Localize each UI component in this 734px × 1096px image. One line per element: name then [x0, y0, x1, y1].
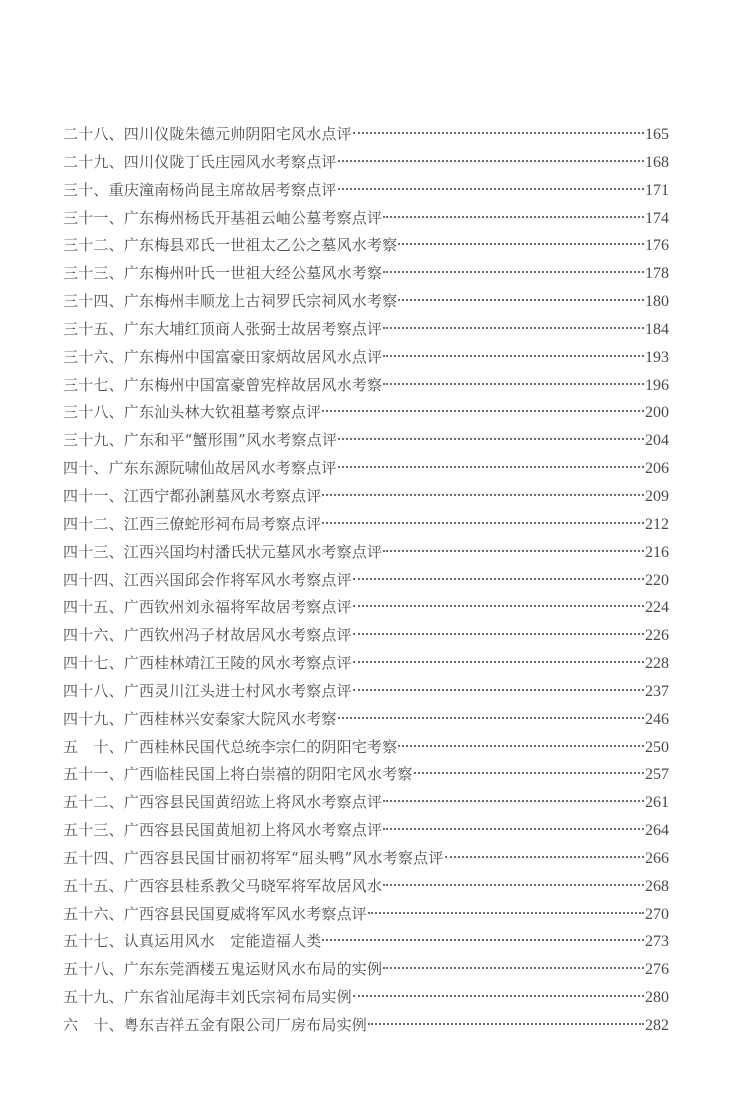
- toc-entry[interactable]: 三十九、广东和平“蟹形围”风水考察点评 204: [63, 427, 669, 455]
- dot-leader: [353, 605, 644, 607]
- toc-entry-page-number: 273: [645, 928, 669, 956]
- dot-leader: [383, 550, 644, 552]
- toc-entry[interactable]: 四十三、江西兴国均村潘氏状元墓风水考察点评 216: [63, 539, 669, 567]
- toc-entry-page-number: 280: [645, 984, 669, 1012]
- dot-leader: [414, 772, 644, 774]
- toc-entry-page-number: 261: [645, 789, 669, 817]
- toc-entry-title: 三十七、广东梅州中国富豪曾宪梓故居风水考察: [63, 372, 382, 400]
- toc-entry-page-number: 266: [645, 845, 669, 873]
- toc-entry-title: 三十九、广东和平“蟹形围”风水考察点评: [63, 427, 337, 455]
- dot-leader: [383, 271, 644, 273]
- toc-entry-page-number: 264: [645, 817, 669, 845]
- toc-entry-page-number: 276: [645, 956, 669, 984]
- toc-entry-title: 三十五、广东大埔红顶商人张弼士故居考察点评: [63, 316, 382, 344]
- toc-entry-title: 四十九、广西桂林兴安秦家大院风水考察: [63, 706, 337, 734]
- toc-entry-title: 三十、重庆潼南杨尚昆主席故居考察点评: [63, 177, 337, 205]
- toc-entry-title: 五十一、广西临桂民国上将白崇禧的阴阳宅风水考察: [63, 761, 413, 789]
- dot-leader: [383, 327, 644, 329]
- toc-entry[interactable]: 五十四、广西容县民国甘丽初将军“屈头鸭”风水考察点评 266: [63, 845, 669, 873]
- toc-entry[interactable]: 六 十、粤东吉祥五金有限公司厂房布局实例 282: [63, 1012, 669, 1040]
- toc-entry[interactable]: 三十三、广东梅州叶氏一世祖大经公墓风水考察 178: [63, 260, 669, 288]
- toc-entry[interactable]: 三十二、广东梅县邓氏一世祖太乙公之墓风水考察 176: [63, 232, 669, 260]
- toc-entry-page-number: 200: [645, 399, 669, 427]
- toc-entry-title: 五 十、广西桂林民国代总统李宗仁的阴阳宅考察: [63, 734, 397, 762]
- toc-entry-title: 三十一、广东梅州杨氏开基祖云岫公墓考察点评: [63, 205, 382, 233]
- toc-entry[interactable]: 二十九、四川仪陇丁氏庄园风水考察点评 168: [63, 149, 669, 177]
- toc-entry-title: 四十一、江西宁都孙誗墓风水考察点评: [63, 483, 321, 511]
- toc-entry-page-number: 268: [645, 873, 669, 901]
- toc-entry-page-number: 174: [645, 205, 669, 233]
- toc-entry-page-number: 250: [645, 734, 669, 762]
- toc-entry[interactable]: 四十五、广西钦州刘永福将军故居考察点评 224: [63, 594, 669, 622]
- toc-entry-page-number: 216: [645, 539, 669, 567]
- toc-entry[interactable]: 四十一、江西宁都孙誗墓风水考察点评 209: [63, 483, 669, 511]
- toc-entry-page-number: 196: [645, 372, 669, 400]
- toc-entry[interactable]: 五十七、认真运用风水 定能造福人类 273: [63, 928, 669, 956]
- dot-leader: [353, 633, 644, 635]
- document-page: 二十八、四川仪陇朱德元帅阴阳宅风水点评 165 二十九、四川仪陇丁氏庄园风水考察…: [0, 0, 734, 1096]
- toc-entry-title: 四十五、广西钦州刘永福将军故居考察点评: [63, 594, 352, 622]
- dot-leader: [353, 689, 644, 691]
- toc-entry[interactable]: 四十、广东东源阮啸仙故居风水考察点评 206: [63, 455, 669, 483]
- toc-entry[interactable]: 四十六、广西钦州冯子材故居风水考察点评 226: [63, 622, 669, 650]
- toc-entry-page-number: 257: [645, 761, 669, 789]
- dot-leader: [322, 410, 644, 412]
- toc-entry[interactable]: 三十四、广东梅州丰顺龙上古祠罗氏宗祠风水考察 180: [63, 288, 669, 316]
- toc-entry-page-number: 184: [645, 316, 669, 344]
- toc-entry-title: 四十、广东东源阮啸仙故居风水考察点评: [63, 455, 337, 483]
- toc-entry-page-number: 228: [645, 650, 669, 678]
- toc-entry-page-number: 282: [645, 1012, 669, 1040]
- dot-leader: [383, 828, 644, 830]
- toc-entry-title: 五十九、广东省汕尾海丰刘氏宗祠布局实例: [63, 984, 352, 1012]
- toc-entry-page-number: 220: [645, 567, 669, 595]
- toc-entry-page-number: 224: [645, 594, 669, 622]
- dot-leader: [353, 578, 644, 580]
- dot-leader: [398, 243, 644, 245]
- toc-entry-page-number: 237: [645, 678, 669, 706]
- dot-leader: [383, 383, 644, 385]
- toc-entry-title: 五十六、广西容县民国夏威将军风水考察点评: [63, 901, 367, 929]
- dot-leader: [445, 856, 644, 858]
- toc-entry-page-number: 171: [645, 177, 669, 205]
- toc-entry-title: 五十八、广东东莞酒楼五鬼运财风水布局的实例: [63, 956, 382, 984]
- toc-entry-page-number: 270: [645, 901, 669, 929]
- dot-leader: [368, 1023, 644, 1025]
- dot-leader: [338, 466, 644, 468]
- dot-leader: [353, 995, 644, 997]
- toc-entry-title: 五十四、广西容县民国甘丽初将军“屈头鸭”风水考察点评: [63, 845, 444, 873]
- toc-entry-title: 二十八、四川仪陇朱德元帅阴阳宅风水点评: [63, 121, 352, 149]
- toc-entry[interactable]: 四十九、广西桂林兴安秦家大院风水考察 246: [63, 706, 669, 734]
- toc-entry-page-number: 206: [645, 455, 669, 483]
- toc-entry-title: 三十三、广东梅州叶氏一世祖大经公墓风水考察: [63, 260, 382, 288]
- toc-entry-title: 四十八、广西灵川江头进士村风水考察点评: [63, 678, 352, 706]
- toc-entry[interactable]: 二十八、四川仪陇朱德元帅阴阳宅风水点评 165: [63, 121, 669, 149]
- toc-entry-page-number: 193: [645, 344, 669, 372]
- dot-leader: [383, 884, 644, 886]
- toc-entry-title: 四十二、江西三僚蛇形祠布局考察点评: [63, 511, 321, 539]
- toc-entry[interactable]: 五十九、广东省汕尾海丰刘氏宗祠布局实例 280: [63, 984, 669, 1012]
- toc-entry[interactable]: 三十五、广东大埔红顶商人张弼士故居考察点评 184: [63, 316, 669, 344]
- dot-leader: [338, 717, 644, 719]
- dot-leader: [353, 661, 644, 663]
- toc-entry-title: 三十四、广东梅州丰顺龙上古祠罗氏宗祠风水考察: [63, 288, 397, 316]
- dot-leader: [383, 800, 644, 802]
- dot-leader: [338, 160, 644, 162]
- dot-leader: [322, 522, 644, 524]
- dot-leader: [322, 494, 644, 496]
- toc-entry-page-number: 226: [645, 622, 669, 650]
- toc-entry-title: 三十二、广东梅县邓氏一世祖太乙公之墓风水考察: [63, 232, 397, 260]
- toc-entry-title: 三十八、广东汕头林大钦祖墓考察点评: [63, 399, 321, 427]
- toc-entry-page-number: 165: [645, 121, 669, 149]
- toc-entry-title: 四十六、广西钦州冯子材故居风水考察点评: [63, 622, 352, 650]
- toc-entry-page-number: 209: [645, 483, 669, 511]
- toc-entry[interactable]: 五十八、广东东莞酒楼五鬼运财风水布局的实例 276: [63, 956, 669, 984]
- toc-entry[interactable]: 五十六、广西容县民国夏威将军风水考察点评 270: [63, 901, 669, 929]
- toc-entry[interactable]: 五十三、广西容县民国黄旭初上将风水考察点评 264: [63, 817, 669, 845]
- toc-entry-title: 六 十、粤东吉祥五金有限公司厂房布局实例: [63, 1012, 367, 1040]
- toc-entry[interactable]: 四十八、广西灵川江头进士村风水考察点评 237: [63, 678, 669, 706]
- toc-entry-page-number: 176: [645, 232, 669, 260]
- toc-entry[interactable]: 三十一、广东梅州杨氏开基祖云岫公墓考察点评 174: [63, 205, 669, 233]
- toc-entry[interactable]: 四十七、广西桂林靖江王陵的风水考察点评 228: [63, 650, 669, 678]
- toc-entry[interactable]: 五十一、广西临桂民国上将白崇禧的阴阳宅风水考察 257: [63, 761, 669, 789]
- toc-entry-title: 二十九、四川仪陇丁氏庄园风水考察点评: [63, 149, 337, 177]
- toc-entry[interactable]: 五十五、广西容县桂系教父马晓军将军故居风水 268: [63, 873, 669, 901]
- dot-leader: [353, 132, 644, 134]
- toc-entry-title: 四十七、广西桂林靖江王陵的风水考察点评: [63, 650, 352, 678]
- toc-entry-title: 五十三、广西容县民国黄旭初上将风水考察点评: [63, 817, 382, 845]
- toc-entry[interactable]: 三十八、广东汕头林大钦祖墓考察点评 200: [63, 399, 669, 427]
- toc-entry[interactable]: 三十、重庆潼南杨尚昆主席故居考察点评 171: [63, 177, 669, 205]
- toc-entry-page-number: 246: [645, 706, 669, 734]
- toc-entry-page-number: 180: [645, 288, 669, 316]
- toc-entry-title: 五十五、广西容县桂系教父马晓军将军故居风水: [63, 873, 382, 901]
- dot-leader: [322, 939, 644, 941]
- dot-leader: [398, 299, 644, 301]
- toc-entry-title: 四十四、江西兴国邱会作将军风水考察点评: [63, 567, 352, 595]
- dot-leader: [383, 355, 644, 357]
- toc-entry-title: 四十三、江西兴国均村潘氏状元墓风水考察点评: [63, 539, 382, 567]
- toc-entry-page-number: 178: [645, 260, 669, 288]
- toc-entry-page-number: 212: [645, 511, 669, 539]
- dot-leader: [368, 912, 644, 914]
- toc-entry[interactable]: 五十二、广西容县民国黄绍竑上将风水考察点评 261: [63, 789, 669, 817]
- toc-entry[interactable]: 三十六、广东梅州中国富豪田家炳故居风水点评 193: [63, 344, 669, 372]
- toc-entry-page-number: 168: [645, 149, 669, 177]
- toc-entry-title: 三十六、广东梅州中国富豪田家炳故居风水点评: [63, 344, 382, 372]
- toc-entry[interactable]: 五 十、广西桂林民国代总统李宗仁的阴阳宅考察 250: [63, 734, 669, 762]
- dot-leader: [383, 967, 644, 969]
- toc-entry-page-number: 204: [645, 427, 669, 455]
- toc-entry[interactable]: 三十七、广东梅州中国富豪曾宪梓故居风水考察 196: [63, 372, 669, 400]
- dot-leader: [383, 216, 644, 218]
- table-of-contents: 二十八、四川仪陇朱德元帅阴阳宅风水点评 165 二十九、四川仪陇丁氏庄园风水考察…: [63, 121, 669, 1040]
- dot-leader: [338, 188, 644, 190]
- dot-leader: [398, 745, 644, 747]
- toc-entry-title: 五十二、广西容县民国黄绍竑上将风水考察点评: [63, 789, 382, 817]
- dot-leader: [338, 438, 644, 440]
- toc-entry-title: 五十七、认真运用风水 定能造福人类: [63, 928, 321, 956]
- toc-entry[interactable]: 四十二、江西三僚蛇形祠布局考察点评 212: [63, 511, 669, 539]
- toc-entry[interactable]: 四十四、江西兴国邱会作将军风水考察点评 220: [63, 567, 669, 595]
